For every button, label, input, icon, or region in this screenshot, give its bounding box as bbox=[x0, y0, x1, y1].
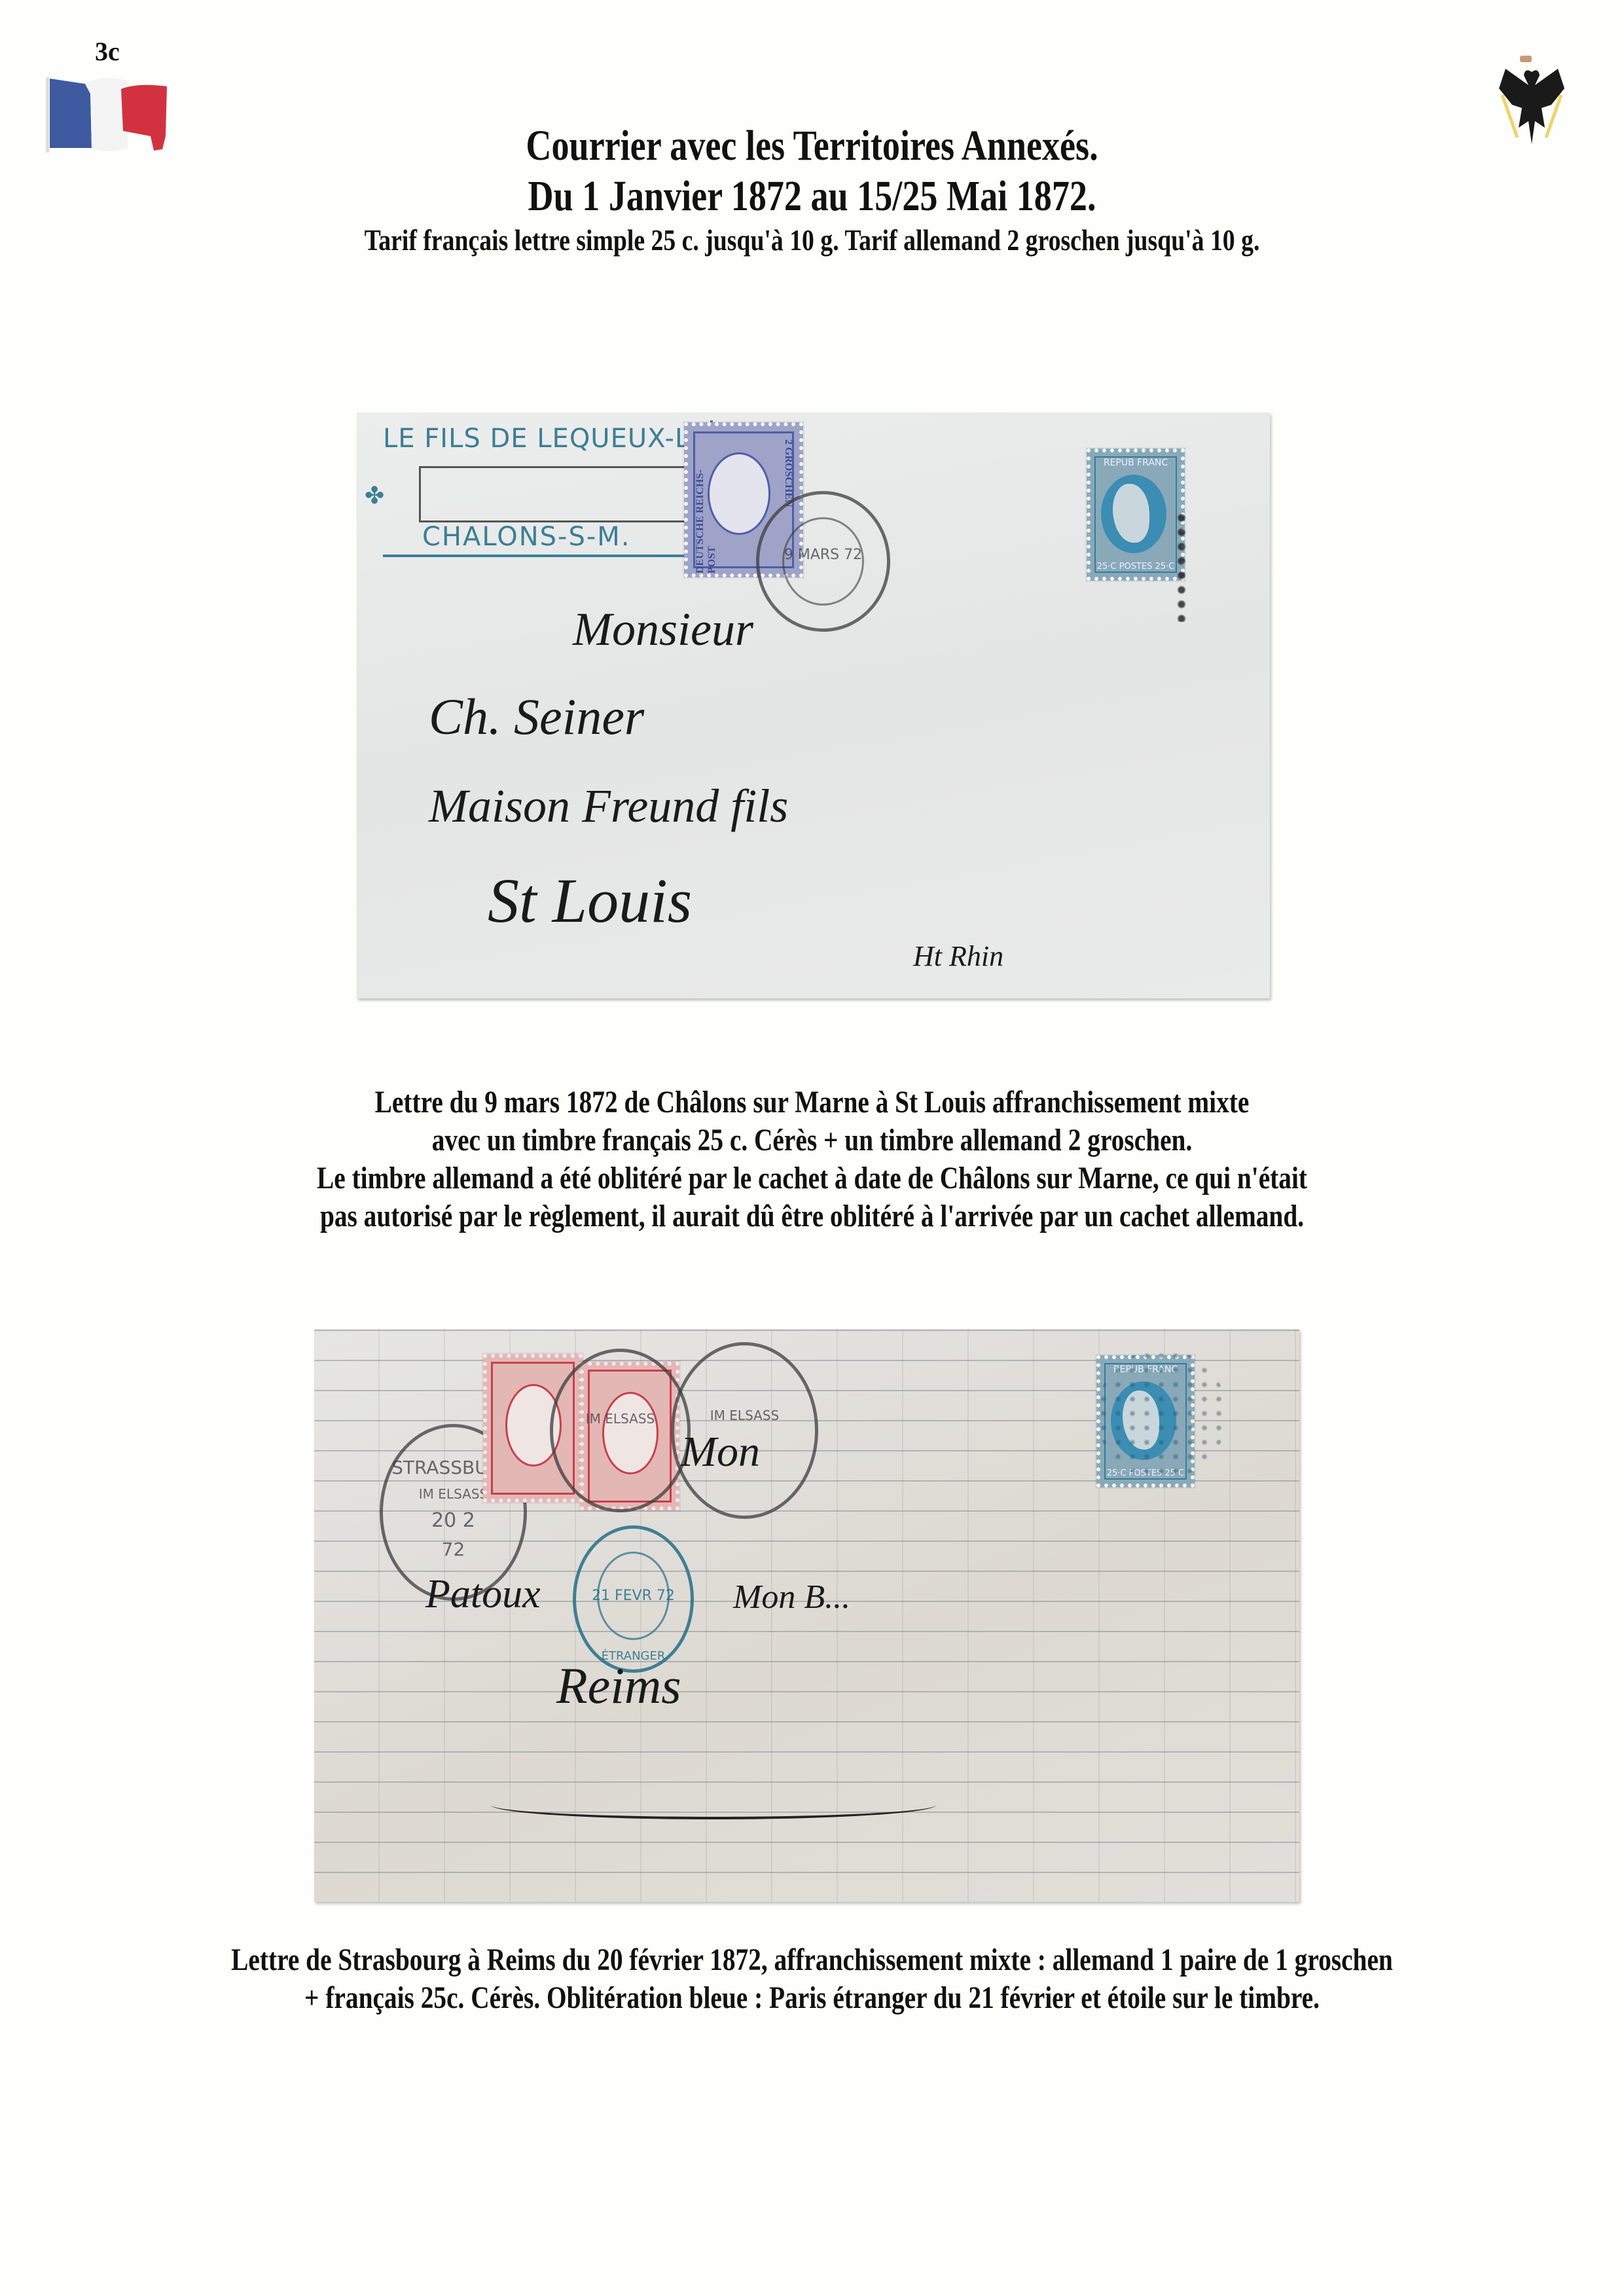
postmark-chalons: 9 MARS 72 bbox=[756, 491, 890, 632]
page-subtitle-period: Du 1 Janvier 1872 au 15/25 Mai 1872. bbox=[146, 172, 1477, 221]
address-line: Ht Rhin bbox=[913, 939, 1003, 973]
address-line: Maison Freund fils bbox=[429, 779, 788, 833]
address-line: Ch. Seiner bbox=[429, 687, 644, 746]
address-line: St Louis bbox=[488, 864, 692, 937]
sender-cachet: LE FILS DE LEQUEUX-LEGAT CHALONS-S-M. ✤ … bbox=[383, 420, 713, 557]
address-line: Patoux bbox=[425, 1571, 541, 1618]
cachet-inner-frame bbox=[419, 466, 698, 522]
caption-line: avec un timbre français 25 c. Cérès + un… bbox=[146, 1121, 1477, 1159]
envelope-strasbourg-reims: STRASSBURG IM ELSASS 20 2 72 IM ELSASS I… bbox=[314, 1329, 1299, 1902]
address-line: Mon bbox=[681, 1427, 760, 1477]
caption-line: pas autorisé par le règlement, il aurait… bbox=[146, 1197, 1477, 1235]
caption-line: Lettre de Strasbourg à Reims du 20 févri… bbox=[146, 1941, 1477, 1979]
caption-line: Le timbre allemand a été oblitéré par le… bbox=[146, 1159, 1477, 1197]
star-cancellation bbox=[1096, 1349, 1227, 1480]
address-line: Mon B... bbox=[733, 1578, 850, 1616]
stamp-inscription: DEUTSCHE REICHS-POST bbox=[695, 446, 718, 574]
page-code: 3c bbox=[95, 36, 120, 67]
page-title: Courrier avec les Territoires Annexés. bbox=[146, 121, 1477, 171]
postmark-date: 9 MARS 72 bbox=[759, 547, 887, 563]
stamp-inscription-top: REPUB FRANC bbox=[1091, 458, 1181, 468]
caption-line: Lettre du 9 mars 1872 de Châlons sur Mar… bbox=[146, 1084, 1477, 1121]
caption-letter-2: Lettre de Strasbourg à Reims du 20 févri… bbox=[146, 1941, 1477, 2017]
tariff-note: Tarif français lettre simple 25 c. jusqu… bbox=[146, 223, 1477, 257]
ornament-icon: ✤ bbox=[365, 483, 384, 509]
postmark-strassburg: IM ELSASS bbox=[550, 1349, 691, 1512]
stamp-value: 2 GROSCHEN bbox=[782, 439, 794, 507]
caption-line: + français 25c. Cérès. Oblitération bleu… bbox=[146, 1979, 1477, 2017]
address-line: Monsieur bbox=[573, 602, 753, 657]
caption-letter-1: Lettre du 9 mars 1872 de Châlons sur Mar… bbox=[146, 1084, 1477, 1235]
cachet-town: CHALONS-S-M. bbox=[422, 522, 631, 552]
address-line: Reims bbox=[556, 1656, 681, 1715]
envelope-chalons-st-louis: LE FILS DE LEQUEUX-LEGAT CHALONS-S-M. ✤ … bbox=[357, 412, 1270, 998]
address-underline bbox=[491, 1791, 936, 1819]
stamp-inscription-bottom: 25·C POSTES 25·C bbox=[1091, 562, 1181, 572]
stamp-ceres-25c: REPUB FRANC 25·C POSTES 25·C bbox=[1087, 448, 1185, 581]
dot-cancellation bbox=[1172, 511, 1191, 622]
prussian-eagle-icon bbox=[1492, 56, 1571, 154]
postmark-paris-etranger: 21 FEVR 72 ÉTRANGER bbox=[573, 1525, 694, 1673]
